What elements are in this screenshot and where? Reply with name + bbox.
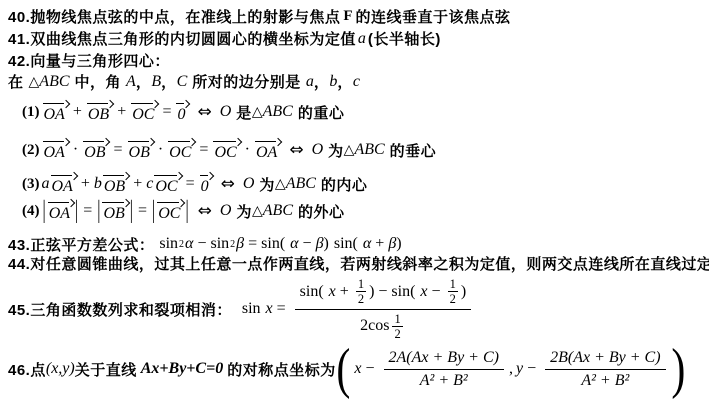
abs-bar: | [185,197,188,226]
setup-var-c: c [353,73,360,91]
item-45-label: 45.三角函数数列求和裂项相消： [8,299,232,320]
sin-paren-token: sin( [300,283,324,301]
item-41-text-1: 41.双曲线焦点三角形的内切圆圆心的横坐标为定值 [8,28,356,49]
vector-OA: OA [43,138,68,162]
iff-symbol: ⇔ [289,140,303,160]
document-page: 40.抛物线焦点弦的中点，在准线上的射影与焦点 F 的连线垂直于该焦点弦 41.… [0,0,709,401]
vector-OB-text: OB [88,106,109,123]
property-3-text-1: 为 [259,174,275,195]
vector-OA: OA [43,100,68,124]
equals-operator: = [248,235,257,253]
vector-OA-text: OA [44,106,65,123]
property-1-centroid: (1) OA + OB + OC = 0 ⇔ O 是 △ ABC 的重心 [22,95,344,129]
abs-bar: | [75,197,78,226]
vector-OC: OC [131,100,157,124]
triangle-setup-line: 在 △ ABC 中，角 A ， B ， C 所对的边分别是 a ， b ， c [8,71,360,92]
equals-operator: = [162,103,171,121]
vector-OC-text: OC [169,144,191,161]
setup-text-3: 所对的边分别是 [192,71,301,92]
plus-operator: + [73,103,82,121]
y-fraction-denominator: A² + B² [545,370,665,390]
var-x: x [420,283,427,301]
beta-token: β [316,235,324,253]
setup-text-1: 在 [8,71,24,92]
y-offset-fraction: 2B(Ax + By + C) A² + B² [545,349,665,390]
minus-operator: − [197,235,206,253]
vector-OB: OB [102,199,127,223]
half-denominator: 2 [356,292,366,306]
vector-OB: OB [128,138,153,162]
open-paren-big: ( [336,344,350,394]
alpha-token: α [185,235,193,253]
property-3-label: (3) [22,176,40,193]
equals-operator: = [83,202,92,220]
setup-text-2: 中，角 [75,71,122,92]
vector-OA: OA [255,138,280,162]
equals-operator: = [113,141,122,159]
vector-OB-text: OB [129,144,150,161]
vector-zero: 0 [176,100,188,124]
item-45: 45.三角函数数列求和裂项相消： sin x = sin( x + 12 ) −… [8,274,476,344]
vector-OC: OC [168,138,194,162]
fraction-denominator: 2cos 12 [295,310,471,342]
beta-token: β [388,235,396,253]
property-4-text-2: 的外心 [298,201,345,222]
half-denominator: 2 [448,292,458,306]
item-42: 42.向量与三角形四心： [8,50,170,71]
vector-OC: OC [213,138,239,162]
item-43-label: 43.正弦平方差公式： [8,234,154,255]
setup-var-b: b [329,73,337,91]
vector-OC: OC [157,199,183,223]
item-46-text-3: 的对称点坐标为 [227,359,336,380]
minus-operator: − [365,360,374,378]
setup-comma-3: ， [314,71,330,92]
vector-OB-text: OB [103,205,124,222]
equals-operator: = [138,202,147,220]
vector-OA: OA [48,199,73,223]
close-paren: ) [396,235,401,253]
property-2-orthocenter: (2) OA · OB = OB · OC = OC · OA ⇔ O 为 △ … [22,133,436,167]
vector-OC-text: OC [132,106,154,123]
property-1-label: (1) [22,104,40,121]
abs-bar: | [152,197,155,226]
item-41-text-2: (长半轴长) [368,28,441,49]
item-44-text: 44.对任意圆锥曲线，过其上任意一点作两直线，若两射线斜率之积为定值，则两交点连… [8,253,709,274]
vector-OB: OB [83,138,108,162]
iff-symbol: ⇔ [197,102,211,122]
minus-operator: − [527,360,536,378]
property-1-text-2: 的重心 [298,102,345,123]
plus-operator: + [81,175,90,193]
close-paren: ) [369,283,374,301]
half-numerator: 1 [392,312,402,327]
plus-operator: + [117,103,126,121]
vector-OA-text: OA [49,205,70,222]
half-fraction: 12 [392,312,402,342]
item-41-var-a: a [358,30,366,48]
item-44: 44.对任意圆锥曲线，过其上任意一点作两直线，若两射线斜率之积为定值，则两交点连… [8,253,709,273]
item-46-text-1: 46.点 [8,359,46,380]
item-40: 40.抛物线焦点弦的中点，在准线上的射影与焦点 F 的连线垂直于该焦点弦 [8,6,511,27]
superscript-2: 2 [179,239,184,250]
iff-symbol: ⇔ [221,174,235,194]
plus-operator: + [340,283,349,301]
alpha-token: α [290,235,298,253]
two-cos-token: 2cos [360,317,389,335]
main-fraction: sin( x + 12 ) − sin( x − 12 ) 2cos 12 [295,277,471,342]
sin-token: sin [159,235,178,253]
sin-token: sin [242,300,261,318]
half-numerator: 1 [448,277,458,292]
beta-token: β [236,235,244,253]
equals-operator: = [277,300,286,318]
property-4-text-1: 为 [236,201,252,222]
vector-OC-text: OC [214,144,236,161]
vector-zero-text: 0 [177,106,185,123]
comma-token: , [509,360,513,378]
half-fraction: 12 [356,277,366,307]
item-41: 41.双曲线焦点三角形的内切圆圆心的横坐标为定值 a (长半轴长) [8,28,441,49]
abc-text: ABC [286,175,316,193]
coef-b: b [94,175,102,193]
sin-paren-token: sin( [261,235,285,253]
setup-var-a: a [306,73,314,91]
coef-a: a [42,175,50,193]
vector-OB: OB [87,100,112,124]
property-2-label: (2) [22,142,40,159]
dot-operator: · [73,141,78,159]
fraction-numerator: sin( x + 12 ) − sin( x − 12 ) [295,277,471,310]
item-46: 46.点 (x,y) 关于直线 Ax+By+C=0 的对称点坐标为 ( x − … [8,341,685,397]
triangle-symbol: △ [252,203,263,219]
plus-operator: + [133,175,142,193]
property-1-text-1: 是 [236,102,252,123]
equals-operator: = [199,141,208,159]
var-x: x [266,300,273,318]
abs-bar: | [97,197,100,226]
var-x: x [329,283,336,301]
close-paren: ) [324,235,329,253]
item-40-var-F: F [343,8,352,25]
setup-comma-1: ， [136,71,152,92]
property-2-text-1: 为 [328,140,344,161]
property-4-circumcenter: (4) | OA | = | OB | = | OC | ⇔ O 为 △ ABC… [22,193,345,229]
sin-token: sin [210,235,229,253]
point-O: O [312,141,324,159]
setup-abc: ABC [39,73,69,91]
dot-operator: · [158,141,163,159]
triangle-symbol: △ [252,104,263,120]
property-3-text-2: 的内心 [321,174,368,195]
x-fraction-denominator: A² + B² [384,370,504,390]
alpha-token: α [363,235,371,253]
item-40-text-2: 的连线垂直于该焦点弦 [356,6,511,27]
abc-text: ABC [263,103,293,121]
abc-text: ABC [263,202,293,220]
triangle-symbol: △ [29,74,40,90]
half-denominator: 2 [392,327,402,341]
vector-OA-text: OA [44,144,65,161]
close-paren-big: ) [671,344,685,394]
point-O: O [220,103,232,121]
property-4-label: (4) [22,203,40,220]
iff-symbol: ⇔ [198,201,212,221]
setup-var-A: A [126,73,136,91]
minus-operator: − [432,283,441,301]
triangle-symbol: △ [275,176,286,192]
var-x: x [354,360,361,378]
plus-operator: + [375,235,384,253]
x-offset-fraction: 2A(Ax + By + C) A² + B² [384,349,504,390]
minus-operator: − [303,235,312,253]
vector-OC-text: OC [158,205,180,222]
property-2-text-2: 的垂心 [390,140,437,161]
setup-var-C: C [177,73,188,91]
minus-operator: − [378,283,387,301]
abc-text: ABC [354,141,384,159]
setup-comma-2: ， [161,71,177,92]
superscript-2: 2 [230,239,235,250]
y-fraction-numerator: 2B(Ax + By + C) [545,349,665,370]
line-equation: Ax+By+C=0 [141,360,223,378]
point-xy: (x,y) [46,360,75,378]
triangle-symbol: △ [344,142,355,158]
sin-paren-token: sin( [334,235,358,253]
half-numerator: 1 [356,277,366,292]
vector-OB-text: OB [84,144,105,161]
sin-paren-token: sin( [391,283,415,301]
dot-operator: · [245,141,250,159]
coef-c: c [146,175,153,193]
vector-OA-text: OA [256,144,277,161]
item-42-text: 42.向量与三角形四心： [8,50,170,71]
point-O: O [243,175,255,193]
var-y: y [516,360,523,378]
equals-operator: = [186,175,195,193]
point-O: O [220,202,232,220]
item-40-text-1: 40.抛物线焦点弦的中点，在准线上的射影与焦点 [8,6,340,27]
abs-bar: | [43,197,46,226]
item-46-text-2: 关于直线 [75,359,137,380]
setup-var-B: B [151,73,161,91]
half-fraction: 12 [448,277,458,307]
close-paren: ) [461,283,466,301]
x-fraction-numerator: 2A(Ax + By + C) [384,349,504,370]
setup-comma-4: ， [337,71,353,92]
abs-bar: | [130,197,133,226]
